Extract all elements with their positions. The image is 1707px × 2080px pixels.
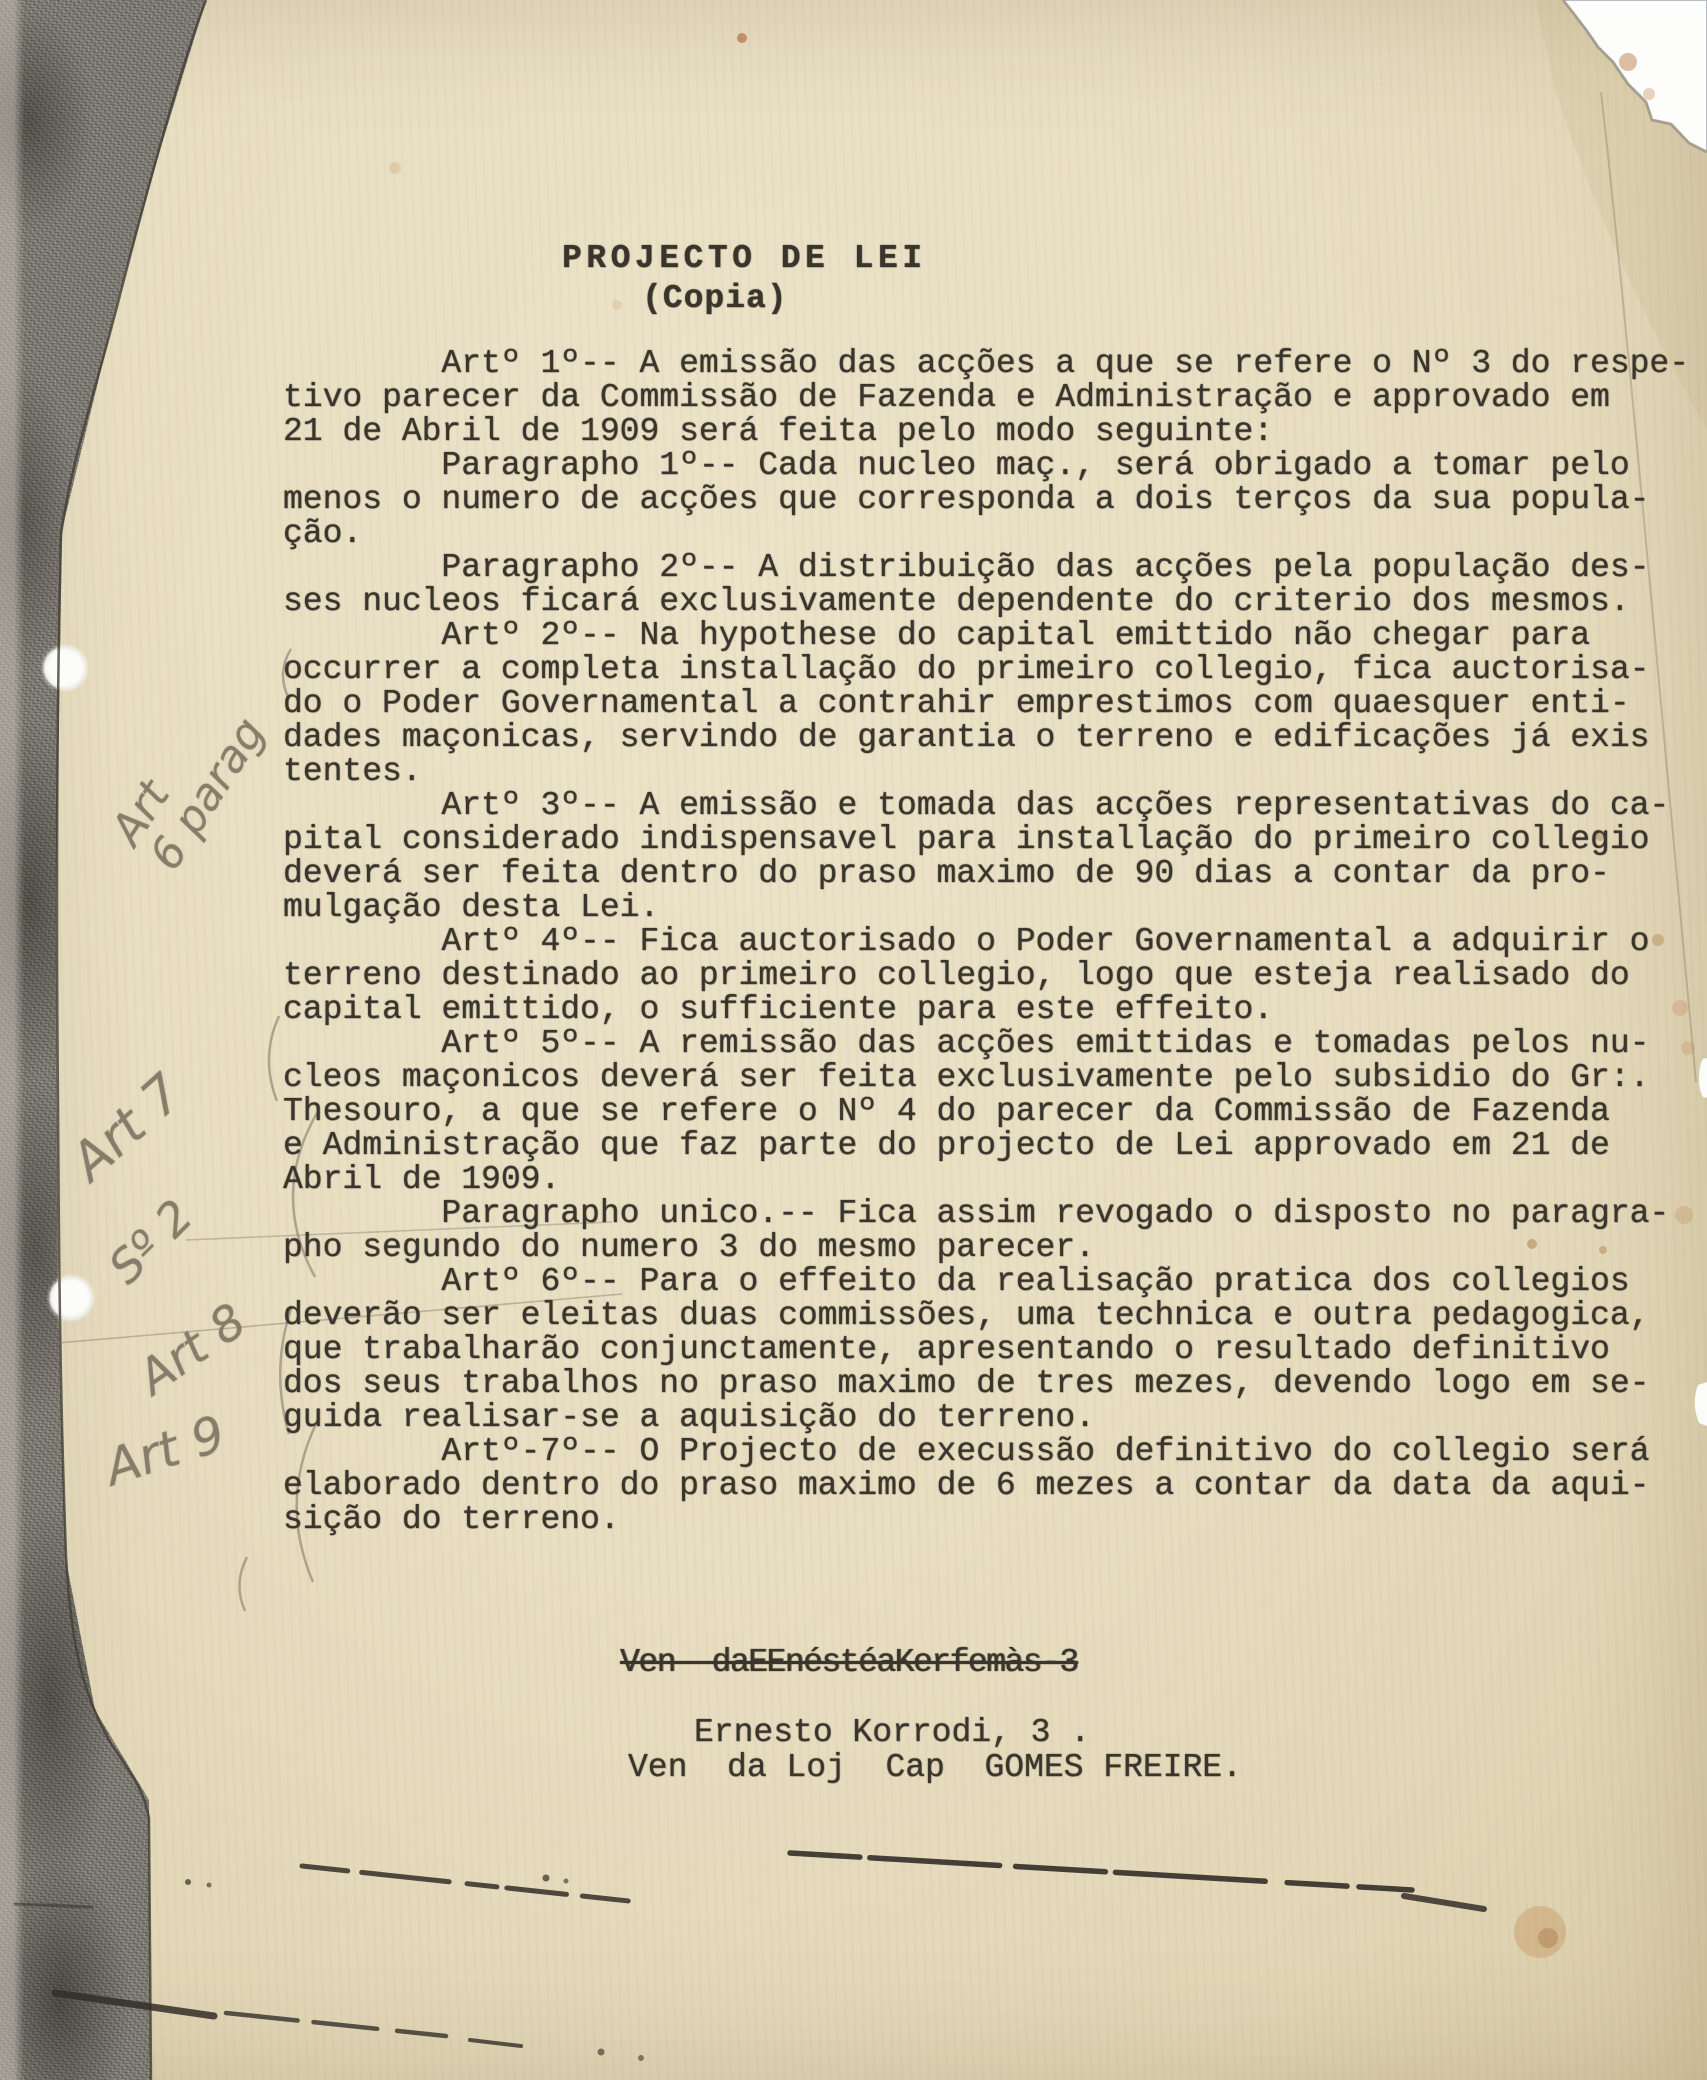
signature-struck-line: Ven daEEnéstéaKerfemàs-3 [620,1644,1078,1681]
ink-smears [15,1853,1484,2061]
signature-lodge-line: Ven da Loj Cap GOMES FREIRE. [628,1749,1242,1786]
document-body-text: Artº 1º-- A emissão das acções a que se … [283,347,1689,1537]
edge-nick [1699,1058,1707,1098]
edge-nick-2 [1695,1382,1707,1426]
scanned-document-page: PROJECTO DE LEI (Copia) Artº 1º-- A emis… [0,0,1707,2080]
document-subtitle: (Copia) [642,280,788,317]
document-title: PROJECTO DE LEI [562,240,927,277]
paper-edge-line [57,0,206,2080]
signature-name-line: Ernesto Korrodi, 3 . [694,1714,1090,1751]
